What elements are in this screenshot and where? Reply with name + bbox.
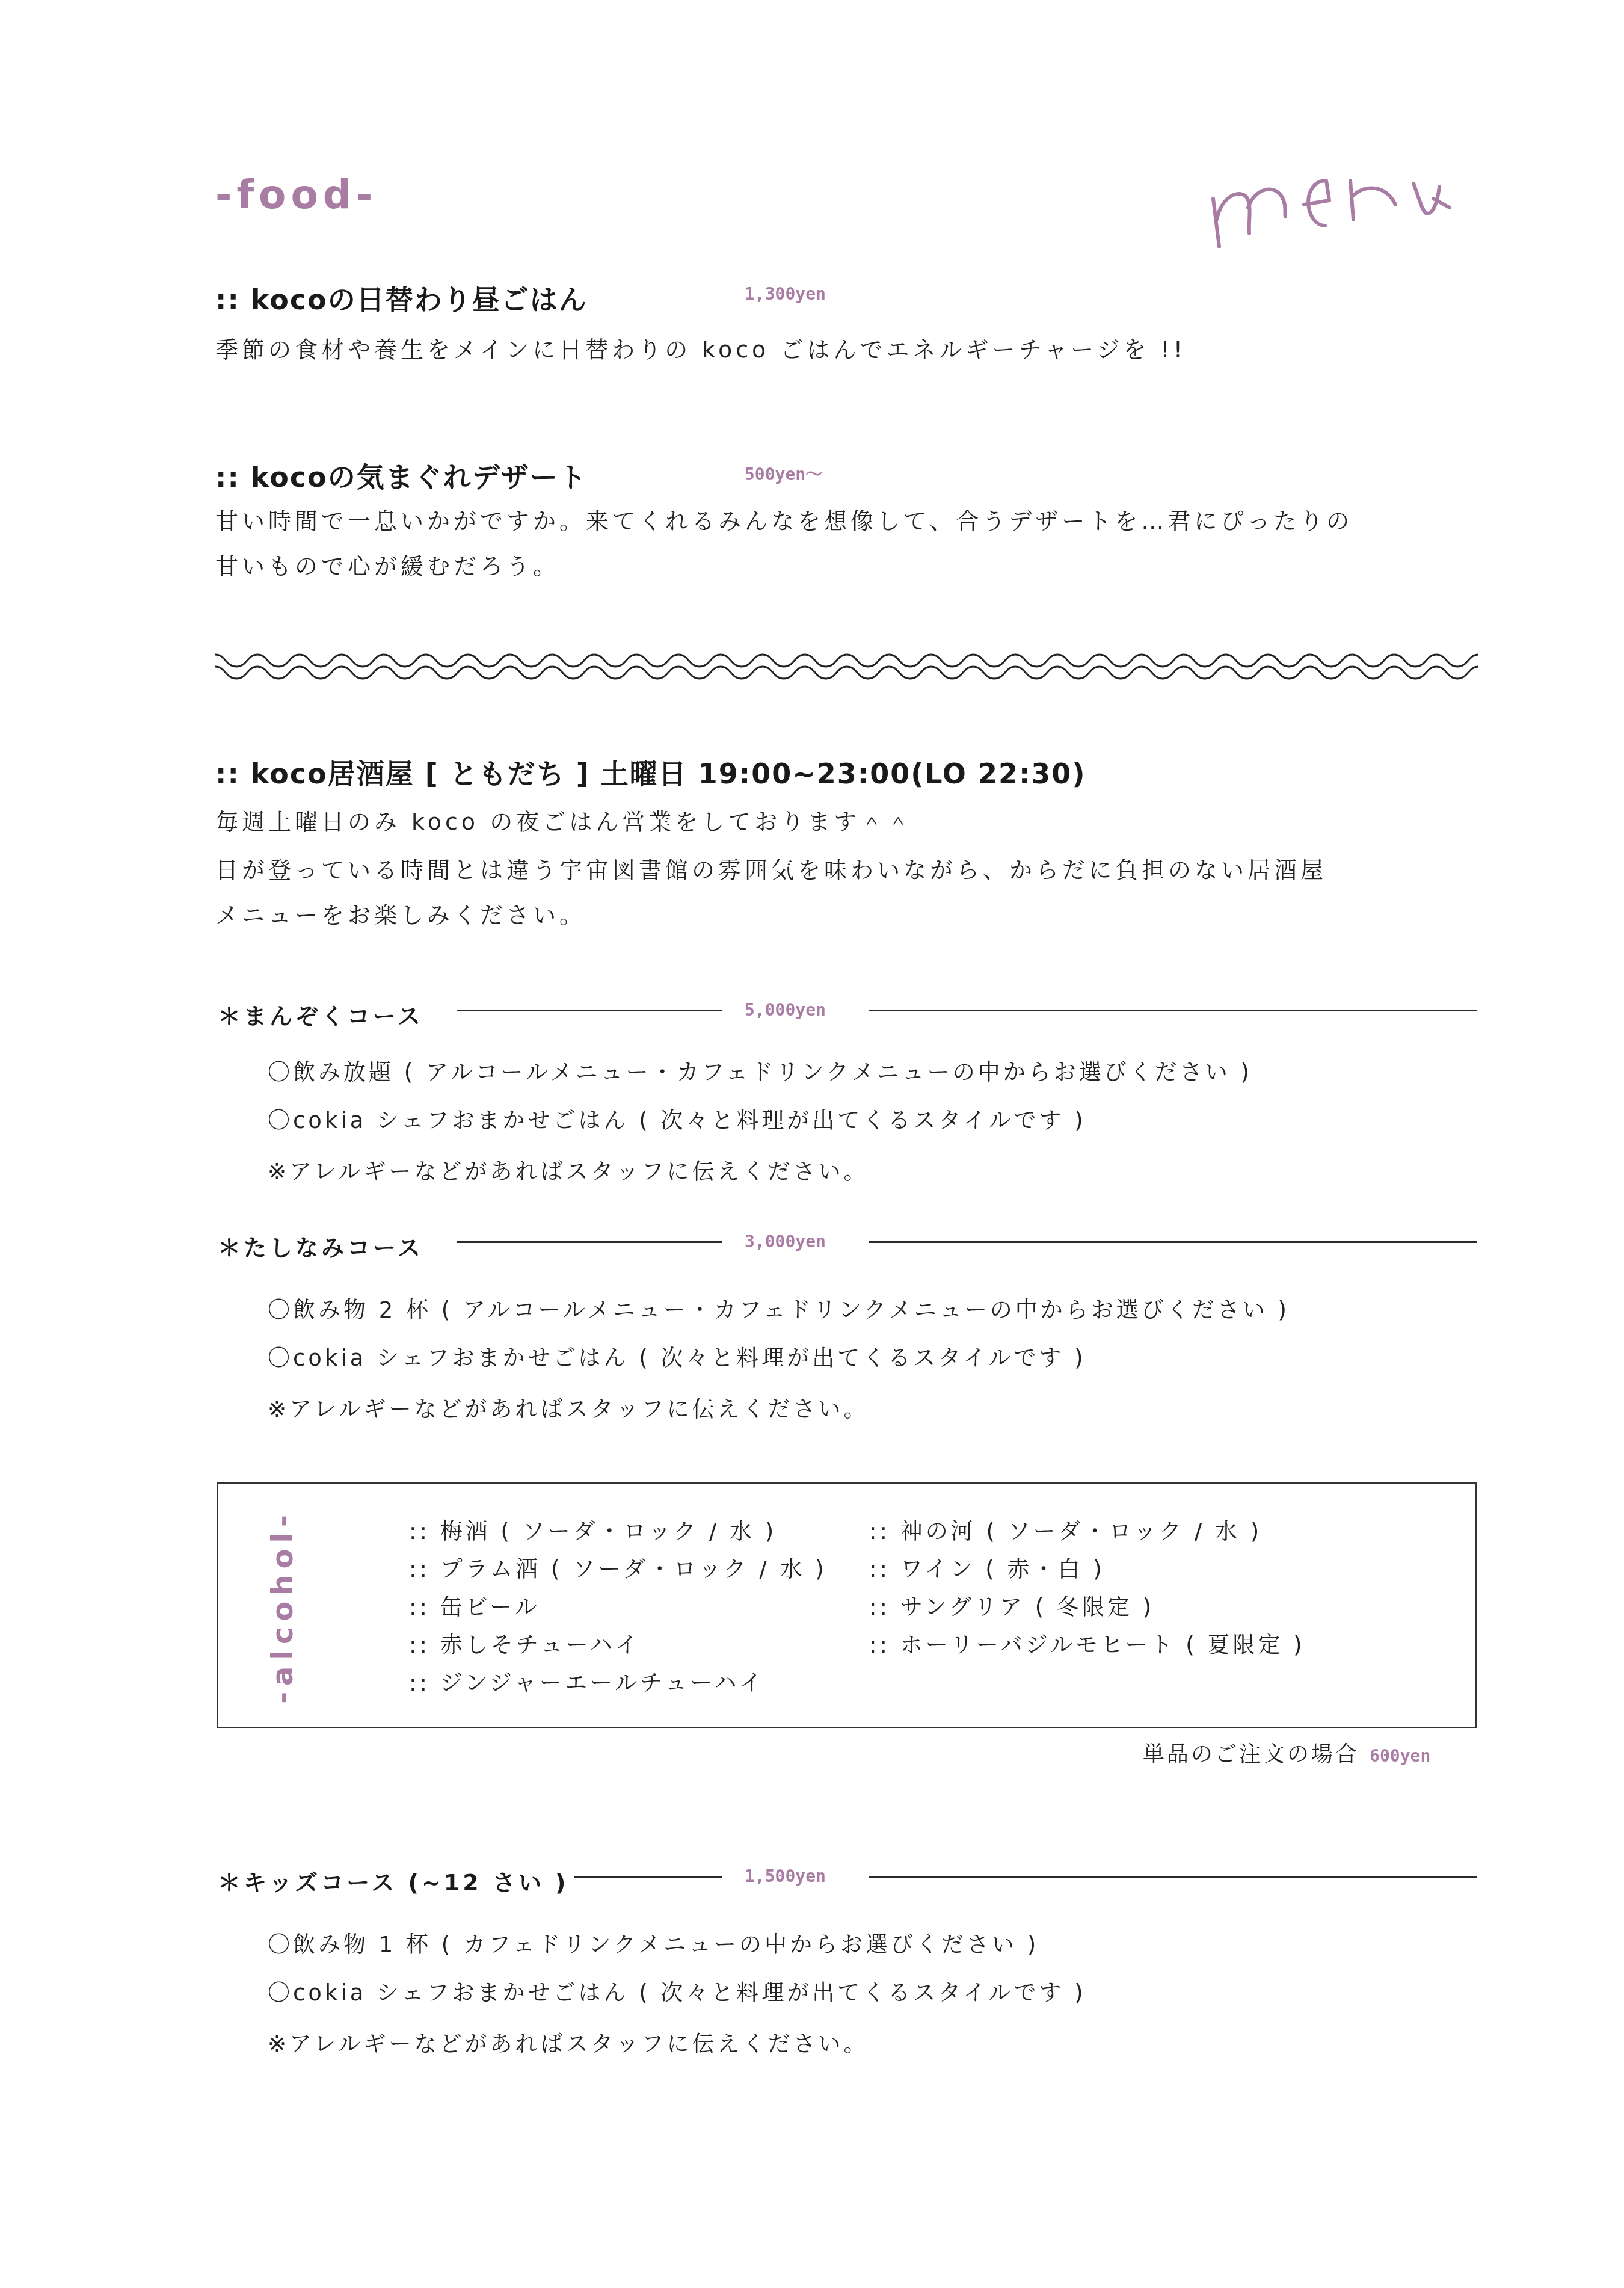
alcohol-item: :: ワイン ( 赤・白 ) bbox=[869, 1551, 1105, 1583]
course-line: 〇飲み放題 ( アルコールメニュー・カフェドリンクメニューの中からお選びください… bbox=[268, 1054, 1252, 1087]
course-rule-right bbox=[869, 1876, 1477, 1878]
alcohol-item: :: ジンジャーエールチューハイ bbox=[409, 1665, 764, 1697]
food-item-description: 甘い時間で一息いかがですか。来てくれるみんなを想像して、合うデザートを…君にぴっ… bbox=[215, 510, 1353, 532]
alcohol-box bbox=[217, 1482, 1477, 1728]
course-rule-left bbox=[457, 1010, 722, 1011]
izakaya-description: メニューをお楽しみください。 bbox=[215, 904, 586, 927]
course-price: 3,000yen bbox=[745, 1232, 826, 1251]
alcohol-item: :: サングリア ( 冬限定 ) bbox=[869, 1589, 1154, 1621]
alcohol-item: :: 神の河 ( ソーダ・ロック / 水 ) bbox=[869, 1513, 1262, 1546]
course-note: ※アレルギーなどがあればスタッフに伝えください。 bbox=[268, 1153, 869, 1186]
food-item-title: :: kocoの気まぐれデザート bbox=[215, 455, 588, 495]
course-rule-left bbox=[574, 1876, 722, 1878]
course-line: 〇飲み物 2 杯 ( アルコールメニュー・カフェドリンクメニューの中からお選びく… bbox=[268, 1292, 1290, 1324]
course-name: ＊たしなみコース bbox=[218, 1229, 423, 1262]
course-rule-right bbox=[869, 1010, 1477, 1011]
course-rule-right bbox=[869, 1241, 1477, 1243]
wave-divider bbox=[215, 650, 1478, 686]
food-item-price: 1,300yen bbox=[745, 284, 826, 304]
izakaya-description: 毎週土曜日のみ koco の夜ごはん営業をしております＾＾ bbox=[215, 810, 913, 833]
alcohol-item: :: 赤しそチューハイ bbox=[409, 1627, 641, 1659]
single-order-note-row: 単品のご注文の場合 600yen bbox=[1143, 1738, 1430, 1768]
course-line: 〇cokia シェフおまかせごはん ( 次々と料理が出てくるスタイルです ) bbox=[268, 1975, 1086, 2007]
course-name: ＊キッズコース (~12 さい ) bbox=[218, 1864, 569, 1897]
course-note: ※アレルギーなどがあればスタッフに伝えください。 bbox=[268, 1391, 869, 1423]
izakaya-title: :: koco居酒屋 [ ともだち ] 土曜日 19:00~23:00(LO 2… bbox=[215, 752, 1086, 792]
single-order-note: 単品のご注文の場合 bbox=[1143, 1742, 1359, 1767]
alcohol-item: :: プラム酒 ( ソーダ・ロック / 水 ) bbox=[409, 1551, 827, 1583]
alcohol-item: :: 梅酒 ( ソーダ・ロック / 水 ) bbox=[409, 1513, 777, 1546]
course-line: 〇飲み物 1 杯 ( カフェドリンクメニューの中からお選びください ) bbox=[268, 1926, 1039, 1959]
alcohol-item: :: ホーリーバジルモヒート ( 夏限定 ) bbox=[869, 1627, 1305, 1659]
alcohol-item: :: 缶ビール bbox=[409, 1589, 540, 1621]
food-section-heading: -food- bbox=[215, 171, 377, 218]
food-item-title: :: kocoの日替わり昼ごはん bbox=[215, 278, 588, 318]
izakaya-description: 日が登っている時間とは違う宇宙図書館の雰囲気を味わいながら、からだに負担のない居… bbox=[215, 859, 1327, 881]
course-note: ※アレルギーなどがあればスタッフに伝えください。 bbox=[268, 2026, 869, 2058]
course-line: 〇cokia シェフおまかせごはん ( 次々と料理が出てくるスタイルです ) bbox=[268, 1340, 1086, 1372]
food-item-description: 季節の食材や養生をメインに日替わりの koco ごはんでエネルギーチャージを !… bbox=[215, 338, 1186, 361]
food-item-price: 500yen〜 bbox=[745, 461, 822, 486]
food-item-description: 甘いもので心が緩むだろう。 bbox=[215, 555, 559, 578]
menu-handwriting-icon bbox=[1206, 162, 1489, 265]
course-price: 5,000yen bbox=[745, 1000, 826, 1020]
single-order-price: 600yen bbox=[1370, 1746, 1430, 1766]
alcohol-label-text: -alcohol- bbox=[266, 1509, 300, 1704]
course-line: 〇cokia シェフおまかせごはん ( 次々と料理が出てくるスタイルです ) bbox=[268, 1102, 1086, 1135]
alcohol-label: -alcohol- bbox=[265, 1507, 301, 1706]
course-name: ＊まんぞくコース bbox=[218, 998, 423, 1031]
course-price: 1,500yen bbox=[745, 1866, 826, 1886]
handwritten-menu-title bbox=[1206, 162, 1489, 265]
course-rule-left bbox=[457, 1241, 722, 1243]
